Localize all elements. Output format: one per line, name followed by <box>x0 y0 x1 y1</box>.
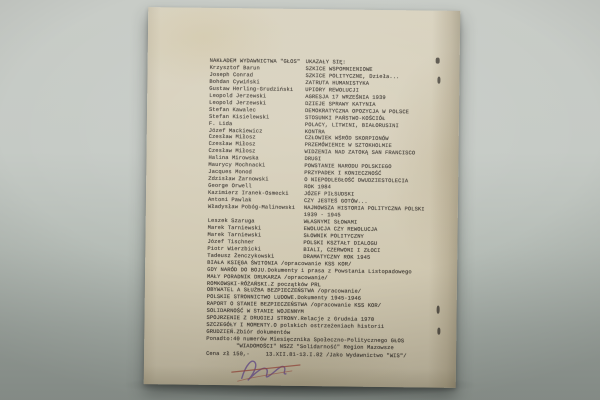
ink-speck <box>436 58 440 64</box>
book-list: Krzysztof BarunSZKICE WSPOMNIENIOWEJosep… <box>206 65 445 346</box>
ink-speck <box>437 328 440 335</box>
photo-backdrop: NAKŁADEM WYDAWNICTWA "GŁOS"UKAZAŁY SIĘ: … <box>0 0 600 400</box>
ink-speck <box>437 306 440 314</box>
ink-speck <box>437 77 440 84</box>
book-author <box>208 211 304 212</box>
typed-text-block: NAKŁADEM WYDAWNICTWA "GŁOS"UKAZAŁY SIĘ: … <box>206 58 446 360</box>
document-page: NAKŁADEM WYDAWNICTWA "GŁOS"UKAZAŁY SIĘ: … <box>144 7 461 388</box>
handwritten-annotation <box>228 354 306 387</box>
